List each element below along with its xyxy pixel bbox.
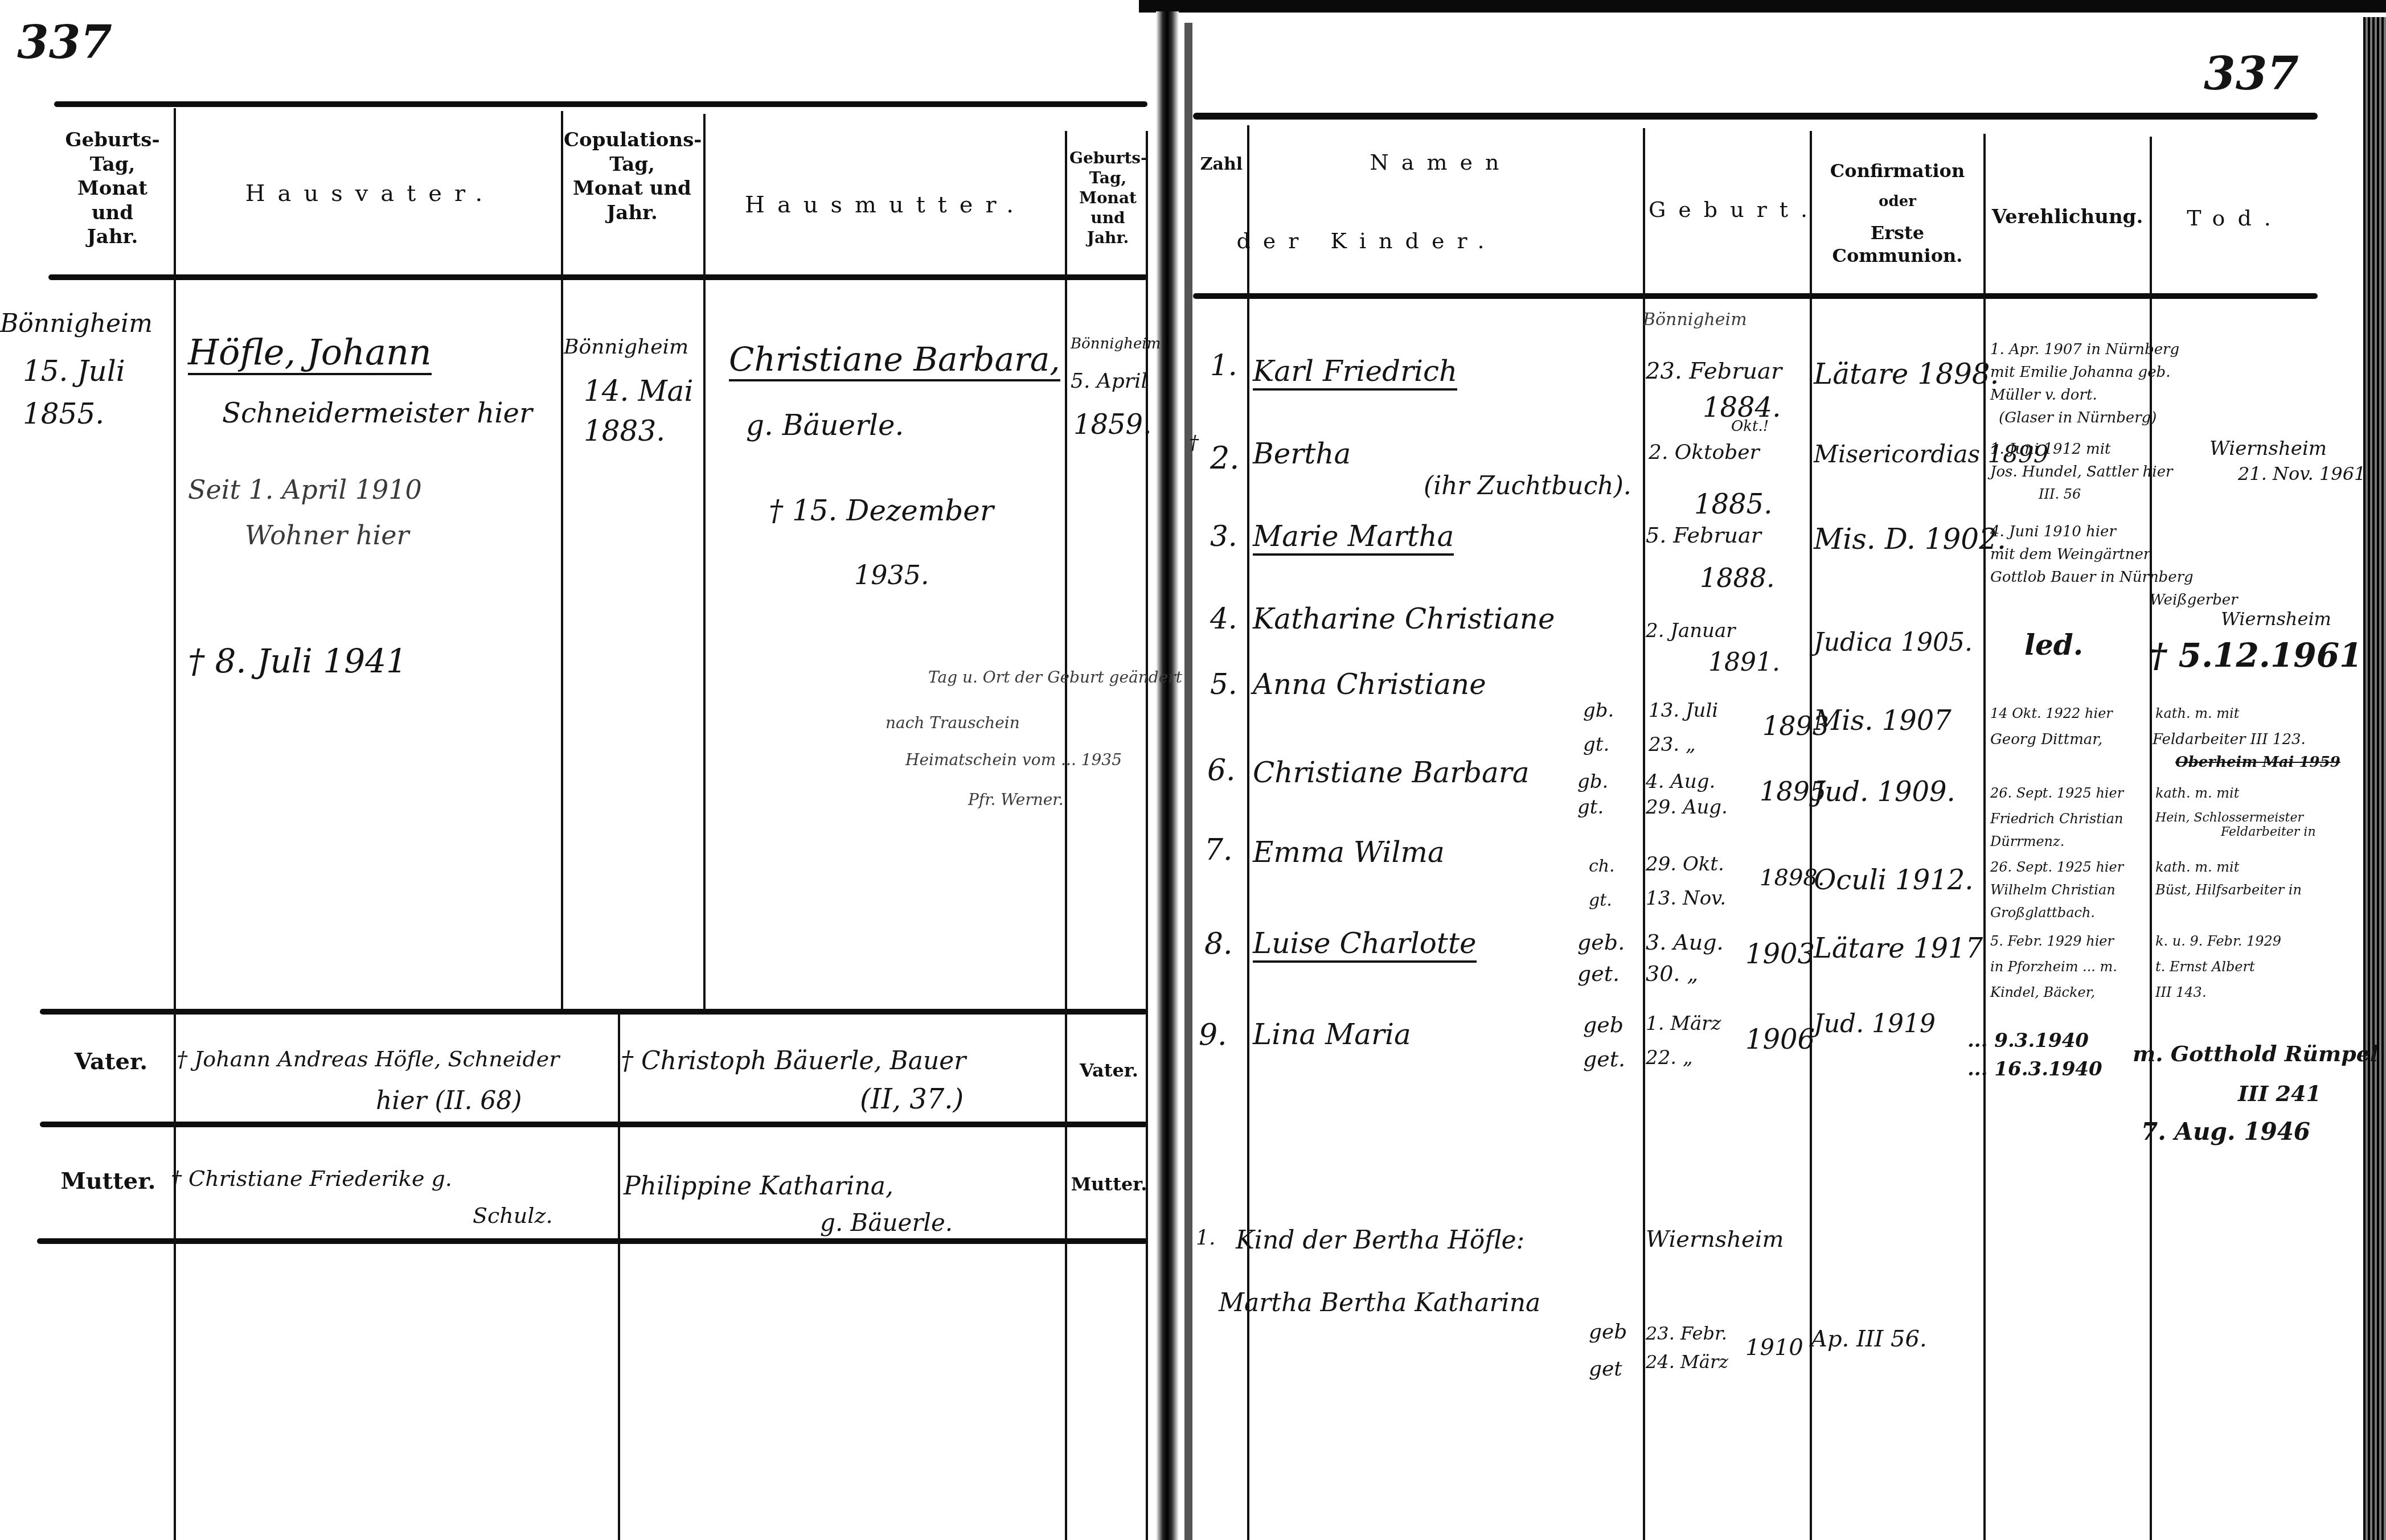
child-marriage-line: 1. Apr. 1907 in Nürnberg [1990, 342, 2179, 358]
mother-note-2: nach Trauschein [885, 714, 1020, 732]
child-marriage-status: led. [2024, 629, 2083, 660]
child-marriage-line: Weißgerber [2150, 592, 2238, 609]
child-baptism-date: 29. Aug. [1646, 797, 1728, 818]
mother-birth-place: Bönnigheim [1071, 336, 1161, 352]
father-name: Höfle, Johann [188, 333, 432, 375]
child-name: Karl Friedrich [1253, 356, 1457, 391]
husband-mother: † Christiane Friederike g. [171, 1167, 452, 1191]
header-zahl: Zahl [1196, 154, 1247, 175]
child-baptism-date: 30. „ [1646, 962, 1698, 986]
rule-top-right [1193, 113, 2318, 120]
child-birth-place: Bönnigheim [1643, 310, 1747, 329]
marriage-place: Bönnigheim [564, 336, 688, 359]
child-death-line: Feldarbeiter in [2221, 826, 2316, 839]
child-marriage-line: ... 9.3.1940 [1967, 1030, 2089, 1052]
extra-confirmation: Ap. III 56. [1811, 1327, 1927, 1352]
label-mutter-right: Mutter. [1071, 1173, 1147, 1196]
child-number: 4. [1210, 603, 1237, 635]
child-marriage-line: Jos. Hundel, Sattler hier [1990, 464, 2172, 481]
father-note-2: Wohner hier [245, 521, 409, 550]
child-number: 2. [1210, 441, 1240, 475]
child-death-place: Wiernsheim [2221, 609, 2331, 629]
child-marriage-line: 26. Sept. 1925 hier [1990, 860, 2123, 874]
child-birth-prefix: gt. [1583, 734, 1609, 755]
rule-mutter-top [40, 1122, 1147, 1127]
child-number: 3. [1210, 521, 1237, 552]
child-baptism-date: 22. „ [1646, 1048, 1693, 1069]
child-name-note: (ihr Zuchtbuch). [1424, 473, 1631, 500]
husband-father-ref: hier (II. 68) [376, 1087, 522, 1115]
father-birth-year: 1855. [23, 399, 104, 430]
child-mark: † [1189, 433, 1199, 454]
rule-top [54, 101, 1147, 107]
child-birth-year: 1885. [1694, 490, 1772, 520]
rule-header-bottom-right [1193, 293, 2318, 299]
label-vater: Vater. [51, 1048, 171, 1076]
child-birth-date: 29. Okt. [1646, 854, 1724, 875]
child-birth-prefix: gt. [1577, 797, 1604, 818]
husband-mother-maiden: Schulz. [473, 1204, 553, 1228]
extra-birth-date: 23. Febr. [1646, 1324, 1727, 1344]
mother-name: Christiane Barbara, [729, 342, 1060, 381]
header-hausvater: Hausvater. [182, 179, 558, 208]
child-marriage-line: Gottlob Bauer in Nürnberg [1990, 569, 2194, 586]
child-birth-year: 1903 [1745, 939, 1815, 970]
child-death-line: 7. Aug. 1946 [2141, 1119, 2310, 1145]
child-confirmation: Mis. 1907 [1814, 706, 1952, 736]
child-birth-prefix: geb. [1577, 931, 1625, 955]
header-mother-birth: Geburts- Tag, Monat und Jahr. [1069, 148, 1146, 248]
mother-note-3: Heimatschein vom ... 1935 [905, 751, 1122, 769]
child-death-place: Wiernsheim [2209, 438, 2327, 459]
child-marriage-line: Georg Dittmar, [1990, 732, 2102, 748]
child-confirmation: Mis. D. 1902. [1814, 524, 2006, 555]
child-marriage-line: (Glaser in Nürnberg) [1999, 410, 2157, 426]
child-birth-prefix: geb [1583, 1013, 1624, 1037]
child-death-line: kath. m. mit [2155, 786, 2239, 800]
child-birth-year: 1891. [1708, 649, 1780, 676]
child-marriage-line: mit Emilie Johanna geb. [1990, 364, 2170, 381]
child-birth-prefix: gb. [1583, 700, 1614, 721]
child-birth-prefix: gt. [1589, 891, 1612, 910]
child-death-line: III 143. [2155, 985, 2207, 1000]
book-gutter [1156, 11, 1179, 1540]
child-death-line: kath. m. mit [2155, 706, 2239, 721]
child-marriage-line: 5. Febr. 1929 hier [1990, 934, 2114, 948]
child-death-line: Büst, Hilfsarbeiter in [2155, 882, 2302, 897]
child-marriage-line: Kindel, Bäcker, [1990, 985, 2095, 1000]
col-divider-1 [174, 108, 176, 1540]
extra-mark: 1. [1196, 1227, 1215, 1250]
page-edge [2363, 17, 2386, 1540]
mother-birth-year: 1859. [1073, 410, 1151, 440]
header-namen: Namen [1327, 149, 1555, 176]
child-marriage-line: ... 16.3.1940 [1967, 1059, 2102, 1080]
father-note-1: Seit 1. April 1910 [188, 475, 422, 504]
header-verehlichung: Verehlichung. [1986, 205, 2149, 229]
father-death: † 8. Juli 1941 [188, 643, 407, 680]
rule-vater-top [40, 1009, 1147, 1015]
extra-birth-place: Wiernsheim [1646, 1227, 1784, 1252]
child-marriage-line: Großglattbach. [1990, 905, 2095, 920]
gutter-shadow [1184, 23, 1192, 1540]
child-death-line: Hein, Schlossermeister [2155, 811, 2303, 825]
child-number: 9. [1199, 1019, 1227, 1052]
page-number-left: 337 [17, 17, 112, 67]
header-confirmation: Confirmation oder Erste Communion. [1812, 159, 1983, 267]
col-divider-3 [703, 114, 706, 1011]
child-marriage-line: 4. Juni 1910 hier [1990, 524, 2116, 540]
father-occupation: Schneidermeister hier [222, 399, 532, 429]
wife-father-ref: (II, 37.) [860, 1085, 964, 1115]
child-birth-date: 4. Aug. [1646, 771, 1715, 792]
extra-line-1: Kind der Bertha Höfle: [1236, 1227, 1524, 1254]
child-confirmation: Judica 1905. [1814, 629, 1973, 656]
child-name: Emma Wilma [1253, 837, 1445, 868]
child-number: 6. [1207, 754, 1236, 787]
child-number: 5. [1210, 669, 1237, 700]
father-birth-place: Bönnigheim [0, 310, 153, 338]
child-marriage-line: Dürrmenz. [1990, 834, 2064, 849]
child-marriage-line: 14 Okt. 1922 hier [1990, 706, 2113, 721]
header-der-kinder: der Kinder. [1224, 228, 1509, 255]
child-marriage-line: III. 56 [2039, 487, 2081, 502]
top-binding-edge [1139, 0, 2386, 13]
child-birth-prefix: gb. [1577, 771, 1608, 792]
extra-birth-year: 1910 [1745, 1335, 1803, 1360]
child-birth-date: 1. März [1646, 1013, 1721, 1034]
mother-birth-day: 5. April [1071, 370, 1147, 393]
child-name: Christiane Barbara [1253, 757, 1530, 789]
mother-death: † 15. Dezember [769, 495, 994, 527]
col-divider-zahl [1247, 125, 1249, 1540]
label-mutter: Mutter. [46, 1167, 171, 1196]
page-number-right: 337 [2204, 48, 2299, 98]
col-divider-confirmation [1983, 134, 1986, 1540]
child-death-line: Oberheim Mai 1959 [2175, 754, 2340, 771]
child-name: Bertha [1253, 438, 1351, 470]
child-confirmation: Lätare 1917 [1814, 934, 1983, 964]
child-name: Lina Maria [1253, 1019, 1411, 1050]
child-confirmation: Jud. 1909. [1814, 777, 1955, 807]
rule-header-bottom [48, 274, 1147, 280]
register-spread: 337 337 Geburts- Tag, Monat und Jahr. Ha… [0, 0, 2386, 1540]
child-birth-date: 23. Februar [1646, 359, 1782, 384]
child-birth-date: 13. Juli [1649, 700, 1718, 721]
father-birth-day: 15. Juli [23, 356, 125, 387]
col-divider-4 [1065, 131, 1067, 1540]
child-marriage-line: Müller v. dort. [1990, 387, 2097, 404]
child-name: Anna Christiane [1253, 669, 1486, 700]
child-birth-prefix: ch. [1589, 857, 1615, 876]
child-confirmation: Lätare 1898. [1814, 359, 1999, 390]
child-number: 7. [1204, 834, 1233, 866]
marriage-year: 1883. [584, 416, 665, 447]
child-birth-date: 3. Aug. [1646, 931, 1724, 955]
child-confirmation: Jud. 1919 [1814, 1011, 1936, 1038]
wife-mother-maiden: g. Bäuerle. [820, 1210, 953, 1236]
child-birth-correction: Okt.! [1731, 418, 1769, 435]
marriage-day: 14. Mai [584, 376, 693, 407]
child-name: Luise Charlotte [1253, 928, 1477, 963]
label-vater-right: Vater. [1071, 1059, 1147, 1082]
child-death-line: m. Gotthold Rümpel [2133, 1042, 2378, 1066]
wife-father: † Christoph Bäuerle, Bauer [621, 1048, 966, 1075]
child-birth-prefix: get. [1577, 962, 1620, 986]
header-father-birth: Geburts- Tag, Monat und Jahr. [54, 128, 171, 249]
wife-mother: Philippine Katharina, [624, 1173, 893, 1200]
mother-note-4: Pfr. Werner. [968, 791, 1064, 809]
child-death-date: 21. Nov. 1961 [2238, 464, 2365, 484]
child-marriage-line: Friedrich Christian [1990, 811, 2123, 826]
child-birth-date: 5. Februar [1646, 524, 1761, 548]
header-tod: Tod. [2153, 205, 2318, 232]
extra-line-2: Martha Bertha Katharina [1219, 1290, 1540, 1317]
child-death-line: Feldarbeiter III 123. [2153, 732, 2306, 748]
header-geburt: Geburt. [1649, 196, 1808, 224]
col-divider-names [1643, 128, 1645, 1540]
child-birth-year: 1906 [1745, 1025, 1815, 1055]
child-death-line: k. u. 9. Febr. 1929 [2155, 934, 2281, 948]
child-death-date: † 5.12.1961 [2150, 638, 2362, 674]
child-baptism-date: 13. Nov. [1646, 888, 1726, 909]
header-copulation: Copulations- Tag, Monat und Jahr. [564, 128, 700, 225]
child-birth-date: 2. Januar [1646, 621, 1735, 642]
col-divider-parents [618, 1011, 620, 1540]
extra-prefix: get [1589, 1358, 1622, 1381]
mother-note-1: Tag u. Ort der Geburt geändert [928, 669, 1182, 687]
child-marriage-line: 26. Sept. 1925 hier [1990, 786, 2123, 800]
child-number: 1. [1210, 350, 1237, 381]
child-birth-date: 2. Oktober [1649, 441, 1760, 464]
child-birth-year: 1888. [1700, 564, 1775, 593]
child-name: Katharine Christiane [1253, 603, 1555, 635]
child-death-line: kath. m. mit [2155, 860, 2239, 874]
child-name: Marie Martha [1253, 521, 1454, 556]
child-death-line: III 241 [2238, 1082, 2321, 1106]
child-marriage-line: 1. Juni 1912 mit [1990, 441, 2110, 458]
child-death-line: t. Ernst Albert [2155, 959, 2255, 974]
child-marriage-line: Wilhelm Christian [1990, 882, 2116, 897]
child-birth-prefix: get. [1583, 1048, 1625, 1071]
rule-mutter-bottom [37, 1238, 1147, 1244]
child-marriage-line: mit dem Weingärtner [1990, 547, 2150, 563]
extra-prefix: geb [1589, 1321, 1627, 1344]
child-confirmation: Oculi 1912. [1814, 865, 1974, 896]
col-divider-2 [561, 111, 563, 1011]
header-hausmutter: Hausmutter. [709, 191, 1062, 219]
extra-baptism-date: 24. März [1646, 1352, 1728, 1372]
child-marriage-line: in Pforzheim ... m. [1990, 959, 2117, 974]
husband-father: † Johann Andreas Höfle, Schneider [177, 1048, 559, 1071]
child-baptism-date: 23. „ [1649, 734, 1696, 755]
mother-death-year: 1935. [854, 561, 929, 590]
child-number: 8. [1204, 928, 1233, 960]
mother-maiden-name: g. Bäuerle. [746, 410, 904, 441]
